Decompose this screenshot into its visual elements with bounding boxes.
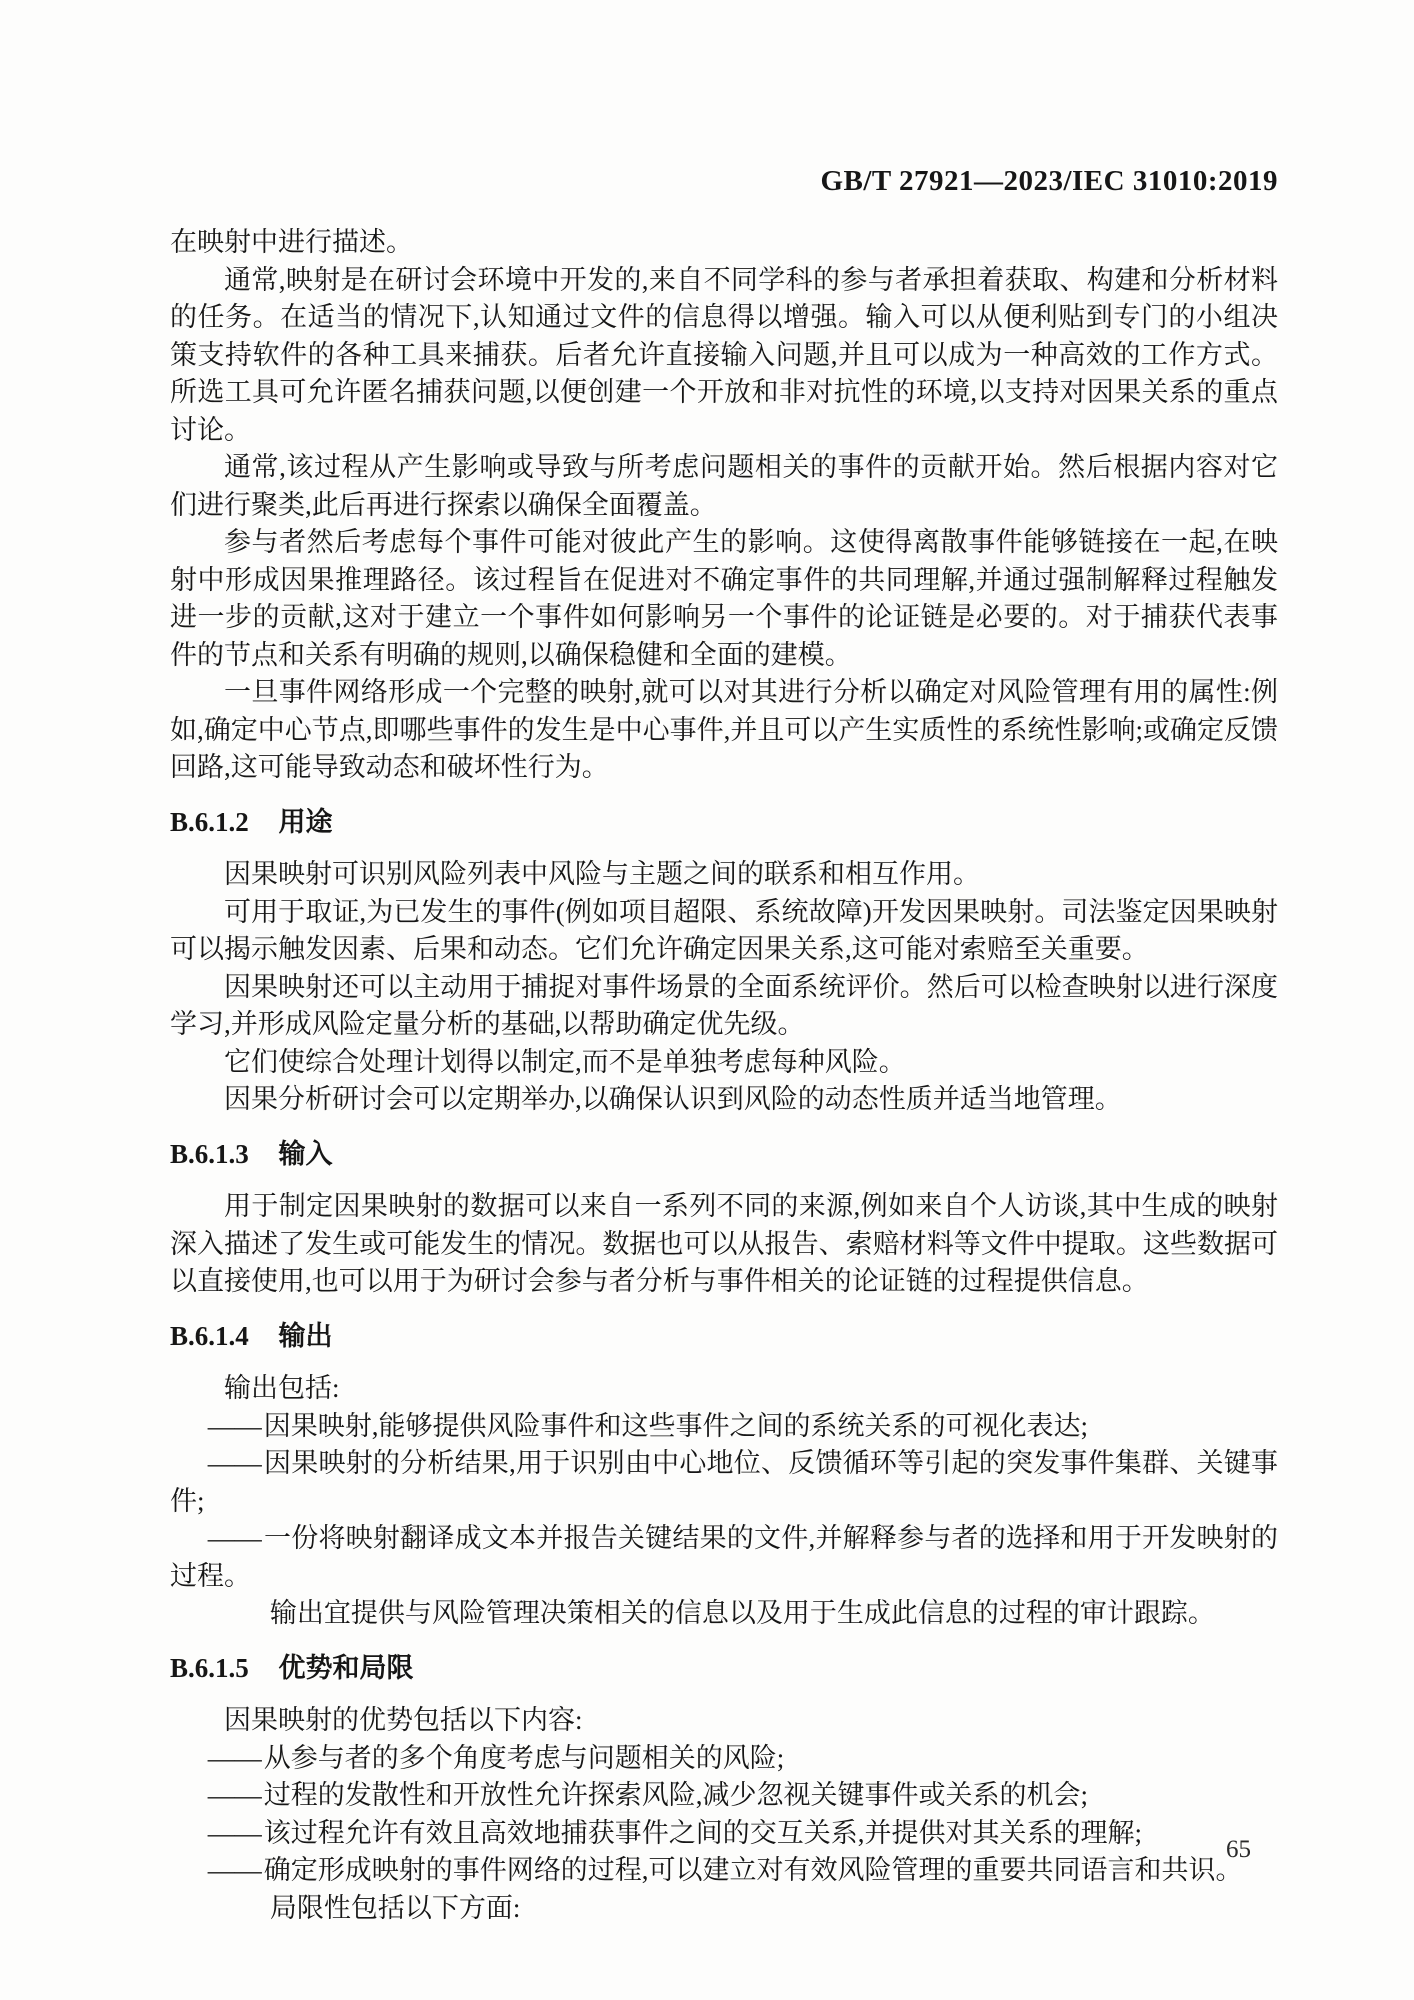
paragraph: 因果分析研讨会可以定期举办,以确保认识到风险的动态性质并适当地管理。 — [170, 1081, 1278, 1119]
document-body: 在映射中进行描述。 通常,映射是在研讨会环境中开发的,来自不同学科的参与者承担着… — [170, 224, 1278, 1927]
list-item-text: 该过程允许有效且高效地捕获事件之间的交互关系,并提供对其关系的理解; — [264, 1818, 1142, 1848]
section-number: B.6.1.5 — [170, 1653, 249, 1683]
page-number: 65 — [1226, 1836, 1251, 1864]
paragraph: 因果映射还可以主动用于捕捉对事件场景的全面系统评价。然后可以检查映射以进行深度学… — [170, 969, 1278, 1044]
paragraph: 输出包括: — [170, 1370, 1278, 1408]
list-item-text: 一份将映射翻译成文本并报告关键结果的文件,并解释参与者的选择和用于开发映射的过程… — [170, 1523, 1278, 1591]
list-item: ——过程的发散性和开放性允许探索风险,减少忽视关键事件或关系的机会; — [170, 1777, 1278, 1815]
section-heading-b614: B.6.1.4输出 — [170, 1318, 1278, 1356]
list-item-text: 确定形成映射的事件网络的过程,可以建立对有效风险管理的重要共同语言和共识。 — [264, 1855, 1243, 1885]
list-item-text: 因果映射,能够提供风险事件和这些事件之间的系统关系的可视化表达; — [264, 1411, 1088, 1441]
section-heading-b615: B.6.1.5优势和局限 — [170, 1650, 1278, 1688]
paragraph: 因果映射的优势包括以下内容: — [170, 1702, 1278, 1740]
section-number: B.6.1.3 — [170, 1139, 249, 1169]
list-dash: —— — [208, 1743, 264, 1773]
list-item: ——从参与者的多个角度考虑与问题相关的风险; — [170, 1740, 1278, 1778]
document-page: GB/T 27921—2023/IEC 31010:2019 在映射中进行描述。… — [0, 0, 1414, 2000]
list-dash: —— — [208, 1448, 264, 1478]
paragraph: 局限性包括以下方面: — [170, 1890, 1278, 1928]
section-heading-b613: B.6.1.3输入 — [170, 1136, 1278, 1174]
paragraph: 参与者然后考虑每个事件可能对彼此产生的影响。这使得离散事件能够链接在一起,在映射… — [170, 524, 1278, 674]
list-dash: —— — [208, 1411, 264, 1441]
section-heading-b612: B.6.1.2用途 — [170, 804, 1278, 842]
section-number: B.6.1.2 — [170, 807, 249, 837]
paragraph: 可用于取证,为已发生的事件(例如项目超限、系统故障)开发因果映射。司法鉴定因果映… — [170, 894, 1278, 969]
list-item-text: 从参与者的多个角度考虑与问题相关的风险; — [264, 1743, 785, 1773]
paragraph: 通常,映射是在研讨会环境中开发的,来自不同学科的参与者承担着获取、构建和分析材料… — [170, 262, 1278, 450]
section-title: 用途 — [278, 807, 332, 837]
list-item-text: 因果映射的分析结果,用于识别由中心地位、反馈循环等引起的突发事件集群、关键事件; — [170, 1448, 1278, 1516]
section-title: 输出 — [278, 1321, 332, 1351]
paragraph: 输出宜提供与风险管理决策相关的信息以及用于生成此信息的过程的审计跟踪。 — [170, 1595, 1278, 1633]
list-item: ——确定形成映射的事件网络的过程,可以建立对有效风险管理的重要共同语言和共识。 — [170, 1852, 1278, 1890]
section-title: 输入 — [278, 1139, 332, 1169]
list-dash: —— — [208, 1818, 264, 1848]
section-title: 优势和局限 — [278, 1653, 413, 1683]
list-dash: —— — [208, 1855, 264, 1885]
section-number: B.6.1.4 — [170, 1321, 249, 1351]
paragraph: 通常,该过程从产生影响或导致与所考虑问题相关的事件的贡献开始。然后根据内容对它们… — [170, 449, 1278, 524]
paragraph: 一旦事件网络形成一个完整的映射,就可以对其进行分析以确定对风险管理有用的属性:例… — [170, 674, 1278, 787]
list-dash: —— — [208, 1780, 264, 1810]
list-item: ——因果映射的分析结果,用于识别由中心地位、反馈循环等引起的突发事件集群、关键事… — [170, 1445, 1278, 1520]
paragraph: 它们使综合处理计划得以制定,而不是单独考虑每种风险。 — [170, 1044, 1278, 1082]
list-item: ——一份将映射翻译成文本并报告关键结果的文件,并解释参与者的选择和用于开发映射的… — [170, 1520, 1278, 1595]
list-item: ——该过程允许有效且高效地捕获事件之间的交互关系,并提供对其关系的理解; — [170, 1815, 1278, 1853]
paragraph: 因果映射可识别风险列表中风险与主题之间的联系和相互作用。 — [170, 856, 1278, 894]
list-item: ——因果映射,能够提供风险事件和这些事件之间的系统关系的可视化表达; — [170, 1408, 1278, 1446]
paragraph: 在映射中进行描述。 — [170, 224, 1278, 262]
list-dash: —— — [208, 1523, 264, 1553]
paragraph: 用于制定因果映射的数据可以来自一系列不同的来源,例如来自个人访谈,其中生成的映射… — [170, 1188, 1278, 1301]
list-item-text: 过程的发散性和开放性允许探索风险,减少忽视关键事件或关系的机会; — [264, 1780, 1088, 1810]
standard-number-header: GB/T 27921—2023/IEC 31010:2019 — [820, 165, 1278, 198]
